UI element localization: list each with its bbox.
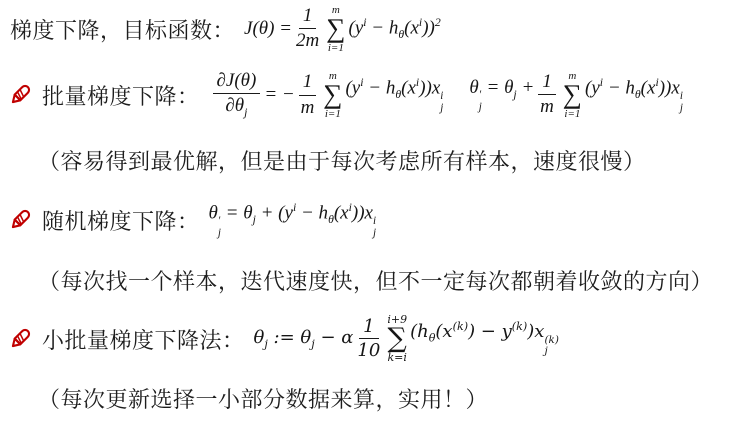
summation: i+9 ∑ k=i [387,314,407,364]
sum-lower-limit: i=1 [325,108,341,120]
fraction: ∂J(θ) ∂θj [213,70,261,121]
sum-lower-limit: k=i [387,352,406,364]
fraction: 1 m [538,71,556,120]
formula-lhs: θ′j = θj + [469,77,534,114]
sgd-note-row: （每次找一个样本，迭代速度快，但不一定每次都朝着收敛的方向） [38,258,713,302]
minibatch-note: （每次更新选择一小部分数据来算，实用！） [38,383,488,414]
sigma-symbol: ∑ [388,326,407,352]
sgd-label: 随机梯度下降： [42,205,200,236]
frac-numerator: 1 [359,316,378,340]
frac-denominator: 2m [296,29,319,53]
formula-body: (yi − hθ(xi))xij [585,76,683,114]
batch-gd-row: 批量梯度下降： ∂J(θ) ∂θj = − 1 m m ∑ i=1 (yi − … [5,60,683,130]
frac-denominator: m [540,95,554,119]
formula-body: θ′j = θj + (yi − hθ(xi))xij [209,201,377,239]
formula-body: (yi − hθ(xi))xij [345,76,443,114]
sigma-symbol: ∑ [326,16,345,42]
fraction: 1 m [299,71,317,120]
sigma-symbol: ∑ [323,82,342,108]
minibatch-formula: θj := θj − α 1 10 i+9 ∑ k=i (hθ(x(k)) − … [254,314,559,364]
formula-lhs: θj := θj − α [254,327,354,351]
sigma-symbol: ∑ [563,82,582,108]
sum-lower-limit: i=1 [564,108,580,120]
batch-gd-note-row: （容易得到最优解，但是由于每次考虑所有样本，速度很慢） [38,138,646,182]
summation: m ∑ i=1 [326,4,345,54]
pencil-icon [5,324,35,354]
objective-function-formula: J(θ) = 1 2m m ∑ i=1 (yi − hθ(xi))2 [244,4,441,54]
batch-gd-note: （容易得到最优解，但是由于每次考虑所有样本，速度很慢） [38,145,646,176]
batch-gd-update-formula: θ′j = θj + 1 m m ∑ i=1 (yi − hθ(xi))xij [469,70,683,120]
batch-gd-derivative-formula: ∂J(θ) ∂θj = − 1 m m ∑ i=1 (yi − hθ(xi))x… [209,70,444,121]
frac-numerator: 1 [299,71,317,96]
frac-denominator: 10 [357,339,380,362]
formula-lhs: J(θ) = [244,18,292,40]
frac-denominator: ∂θj [225,94,247,120]
sgd-row: 随机梯度下降： θ′j = θj + (yi − hθ(xi))xij [5,190,376,250]
page-title: 梯度下降，目标函数： [10,14,235,45]
formula-body: (yi − hθ(xi))2 [349,16,441,42]
sum-lower-limit: i=1 [328,42,344,54]
formula-body: (hθ(x(k)) − y(k))x(k)j [410,320,559,357]
sgd-formula: θ′j = θj + (yi − hθ(xi))xij [209,201,377,239]
minibatch-note-row: （每次更新选择一小部分数据来算，实用！） [38,376,488,420]
slide-gradient-descent: 梯度下降，目标函数： J(θ) = 1 2m m ∑ i=1 (yi − hθ(… [0,0,749,427]
pencil-icon [5,80,35,110]
frac-denominator: m [301,96,315,120]
summation: m ∑ i=1 [563,70,582,120]
frac-numerator: ∂J(θ) [213,70,261,95]
frac-numerator: 1 [538,71,556,96]
sgd-note: （每次找一个样本，迭代速度快，但不一定每次都朝着收敛的方向） [38,265,713,296]
equals-minus: = − [264,84,294,106]
pencil-icon [5,205,35,235]
fraction: 1 10 [357,316,380,362]
title-row: 梯度下降，目标函数： J(θ) = 1 2m m ∑ i=1 (yi − hθ(… [10,2,441,56]
summation: m ∑ i=1 [323,70,342,120]
batch-gd-label: 批量梯度下降： [42,80,200,111]
frac-numerator: 1 [299,5,317,30]
minibatch-row: 小批量梯度下降法： θj := θj − α 1 10 i+9 ∑ k=i (h… [5,304,559,374]
minibatch-label: 小批量梯度下降法： [42,324,245,355]
fraction: 1 2m [296,5,319,54]
